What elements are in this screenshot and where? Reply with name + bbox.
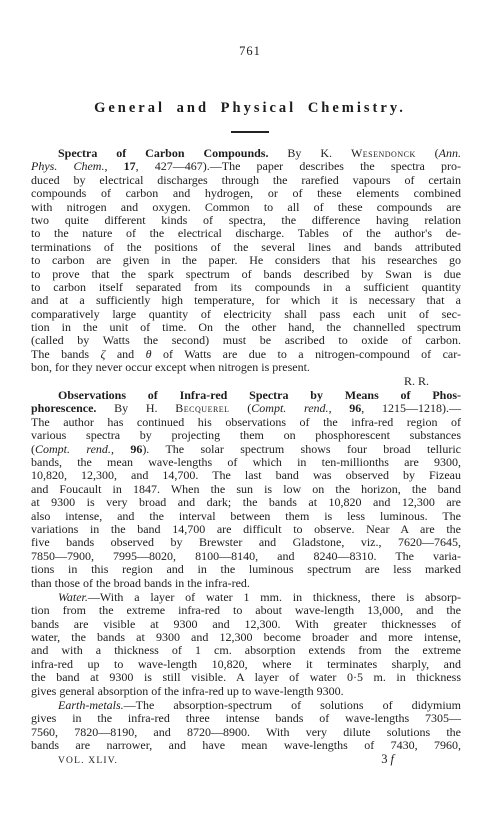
text-run: , 1215—1218).— xyxy=(361,401,461,415)
text-line: bands, the mean wave-lengths of which in… xyxy=(31,456,461,469)
text-run: compounds of carbon and hydrogen, or of … xyxy=(31,186,461,200)
text-run: also intense, and the interval between t… xyxy=(31,509,461,523)
text-line: various spectra by projecting them on ph… xyxy=(31,429,461,442)
text-line: Water.—With a layer of water 1 mm. in th… xyxy=(31,591,461,604)
text-run: The bands xyxy=(31,347,101,361)
text-run: Compt. rend. xyxy=(251,401,328,415)
text-run: The author has continued his observation… xyxy=(31,415,461,429)
text-run: tion from the extreme infra-red to about… xyxy=(31,603,461,617)
text-run: R. R. xyxy=(404,374,429,388)
text-run: 7560, 7820—8190, and 8720—8900. With ver… xyxy=(31,725,461,739)
title-rule xyxy=(231,131,269,133)
text-run: comparatively large quantity of electric… xyxy=(31,307,461,321)
text-run: and with a thickness of 1 cm. absorption… xyxy=(31,643,461,657)
text-run: tion in the unit of time. On the other h… xyxy=(31,320,461,334)
text-line: R. R. xyxy=(31,375,461,388)
text-run: to the nature of the electrical discharg… xyxy=(31,226,461,240)
text-line: with nitrogen and oxygen. Common to all … xyxy=(31,201,461,214)
text-run: bon, for they never occur except when ni… xyxy=(31,360,310,374)
text-line: tion from the extreme infra-red to about… xyxy=(31,604,461,617)
text-line: Spectra of Carbon Compounds. By K. Wesen… xyxy=(31,147,461,160)
text-run: Becquerel xyxy=(175,401,229,415)
text-run: , xyxy=(111,442,130,456)
text-run: of Watts are due to a nitrogen-compound … xyxy=(152,347,461,361)
text-line: duced by electrical discharges through t… xyxy=(31,174,461,187)
text-line: Observations of Infra-red Spectra by Mea… xyxy=(31,389,461,402)
text-line: gives in the infra-red three intense ban… xyxy=(31,712,461,725)
text-run: water, the bands at 9300 and 12,300 beco… xyxy=(31,630,461,644)
text-run: and xyxy=(105,347,145,361)
text-run: , 427—467).—The paper describes the spec… xyxy=(136,159,461,173)
page-footer: VOL. XLIV. 3f xyxy=(31,752,461,767)
text-line: The bands ζ and θ of Watts are due to a … xyxy=(31,348,461,361)
journal-page: 761 General and Physical Chemistry. Spec… xyxy=(0,0,500,825)
text-run: to prove that the spark spectrum of band… xyxy=(31,267,461,281)
text-line: (Compt. rend., 96). The solar spectrum s… xyxy=(31,443,461,456)
signature-mark: 3f xyxy=(381,752,461,767)
text-run: two quite different kinds of spectra, th… xyxy=(31,213,461,227)
text-run: tions in this region and in the luminous… xyxy=(31,562,461,576)
text-line: than those of the broad bands in the inf… xyxy=(31,577,461,590)
text-line: The author has continued his observation… xyxy=(31,416,461,429)
text-line: compounds of carbon and hydrogen, or of … xyxy=(31,187,461,200)
text-run: and at a sufficiently high temperature, … xyxy=(31,293,461,307)
text-run: —The absorption-spectrum of solutions of… xyxy=(124,698,461,712)
text-line: infra-red up to wave-length 10,820, wher… xyxy=(31,658,461,671)
text-run: than those of the broad bands in the inf… xyxy=(31,576,250,590)
text-line: tions in this region and in the luminous… xyxy=(31,563,461,576)
text-run: with nitrogen and oxygen. Common to all … xyxy=(31,200,461,214)
text-run: infra-red up to wave-length 10,820, wher… xyxy=(31,657,461,671)
article-text-block: Spectra of Carbon Compounds. By K. Wesen… xyxy=(31,147,461,753)
text-run: to carbon are given in the paper. He con… xyxy=(31,253,461,267)
text-run: Observations of Infra-red Spectra by Mea… xyxy=(58,388,461,402)
text-line: tion in the unit of time. On the other h… xyxy=(31,321,461,334)
text-line: to carbon itself separated from its comp… xyxy=(31,281,461,294)
text-run: gives in the infra-red three intense ban… xyxy=(31,711,461,725)
text-run: Spectra of Carbon Compounds. xyxy=(58,146,268,160)
text-run: (called by Watts the second) must be asc… xyxy=(31,333,461,347)
text-line: gives general absorption of the infra-re… xyxy=(31,685,461,698)
text-line: phorescence. By H. Becquerel (Compt. ren… xyxy=(31,402,461,415)
text-run: various spectra by projecting them on ph… xyxy=(31,428,461,442)
text-line: Phys. Chem., 17, 427—467).—The paper des… xyxy=(31,160,461,173)
text-run: terminations of the positions of the sev… xyxy=(31,240,461,254)
text-line: terminations of the positions of the sev… xyxy=(31,241,461,254)
text-run: duced by electrical discharges through t… xyxy=(31,173,461,187)
text-line: to prove that the spark spectrum of band… xyxy=(31,268,461,281)
text-run: 17 xyxy=(124,159,136,173)
text-line: 7560, 7820—8190, and 8720—8900. With ver… xyxy=(31,726,461,739)
text-run: ( xyxy=(416,146,439,160)
text-run: ). The solar spectrum shows four broad t… xyxy=(142,442,461,456)
text-line: two quite different kinds of spectra, th… xyxy=(31,214,461,227)
text-run: 96 xyxy=(130,442,142,456)
text-line: and Foucault in 1847. When the sun is lo… xyxy=(31,483,461,496)
volume-label: VOL. XLIV. xyxy=(31,756,118,766)
text-run: Wesendonck xyxy=(351,146,416,160)
text-run: bands are visible at 9300 and 12,300. Wi… xyxy=(31,617,461,631)
text-run: , xyxy=(329,401,350,415)
text-run: By H. xyxy=(96,401,175,415)
text-run: ( xyxy=(230,401,252,415)
text-run: and Foucault in 1847. When the sun is lo… xyxy=(31,482,461,496)
text-run: bands, the mean wave-lengths of which in… xyxy=(31,455,461,469)
article-infra-red-spectra-phosphorescence: Observations of Infra-red Spectra by Mea… xyxy=(31,389,461,590)
text-run: variations in the band 14,700 are diffic… xyxy=(31,522,461,536)
text-line: 7850—7900, 7995—8020, 8100—8140, and 824… xyxy=(31,550,461,563)
text-run: five bands observed by Brewster and Glad… xyxy=(31,535,461,549)
signature-mark-letter: f xyxy=(388,752,394,766)
page-number: 761 xyxy=(0,44,500,59)
text-line: the band at 9300 is still visible. A lay… xyxy=(31,671,461,684)
text-run: By K. xyxy=(268,146,350,160)
text-line: variations in the band 14,700 are diffic… xyxy=(31,523,461,536)
text-line: Earth-metals.—The absorption-spectrum of… xyxy=(31,699,461,712)
text-run: to carbon itself separated from its comp… xyxy=(31,280,461,294)
text-run: 96 xyxy=(349,401,361,415)
signature-mark-number: 3 xyxy=(381,752,387,766)
text-line: comparatively large quantity of electric… xyxy=(31,308,461,321)
text-run: Compt. rend. xyxy=(35,442,111,456)
text-line: bands are narrower, and have mean wave-l… xyxy=(31,739,461,752)
text-run: Phys. Chem., xyxy=(31,159,107,173)
section-title: General and Physical Chemistry. xyxy=(0,100,500,117)
text-line: bon, for they never occur except when ni… xyxy=(31,361,461,374)
text-line: and with a thickness of 1 cm. absorption… xyxy=(31,644,461,657)
text-line: to the nature of the electrical discharg… xyxy=(31,227,461,240)
text-line: five bands observed by Brewster and Glad… xyxy=(31,536,461,549)
text-line: water, the bands at 9300 and 12,300 beco… xyxy=(31,631,461,644)
text-run: Water. xyxy=(58,590,88,604)
paragraph-earth-metals: Earth-metals.—The absorption-spectrum of… xyxy=(31,699,461,753)
text-run: Earth-metals. xyxy=(58,698,124,712)
article-spectra-of-carbon-compounds: Spectra of Carbon Compounds. By K. Wesen… xyxy=(31,147,461,388)
text-line: at 9300 is very broad and dark; the band… xyxy=(31,496,461,509)
text-line: also intense, and the interval between t… xyxy=(31,510,461,523)
text-line: (called by Watts the second) must be asc… xyxy=(31,334,461,347)
text-run xyxy=(107,159,123,173)
text-line: 10,820, 12,300, and 14,700. The last ban… xyxy=(31,469,461,482)
text-run: —With a layer of water 1 mm. in thicknes… xyxy=(88,590,461,604)
text-line: and at a sufficiently high temperature, … xyxy=(31,294,461,307)
text-line: to carbon are given in the paper. He con… xyxy=(31,254,461,267)
text-run: at 9300 is very broad and dark; the band… xyxy=(31,495,461,509)
text-run: phorescence. xyxy=(31,401,96,415)
text-run: 7850—7900, 7995—8020, 8100—8140, and 824… xyxy=(31,549,461,563)
paragraph-water: Water.—With a layer of water 1 mm. in th… xyxy=(31,591,461,698)
text-run: gives general absorption of the infra-re… xyxy=(31,684,344,698)
text-run: 10,820, 12,300, and 14,700. The last ban… xyxy=(31,468,461,482)
text-run: Ann. xyxy=(439,146,461,160)
text-run: bands are narrower, and have mean wave-l… xyxy=(31,738,461,752)
text-run: the band at 9300 is still visible. A lay… xyxy=(31,670,461,684)
text-line: bands are visible at 9300 and 12,300. Wi… xyxy=(31,618,461,631)
